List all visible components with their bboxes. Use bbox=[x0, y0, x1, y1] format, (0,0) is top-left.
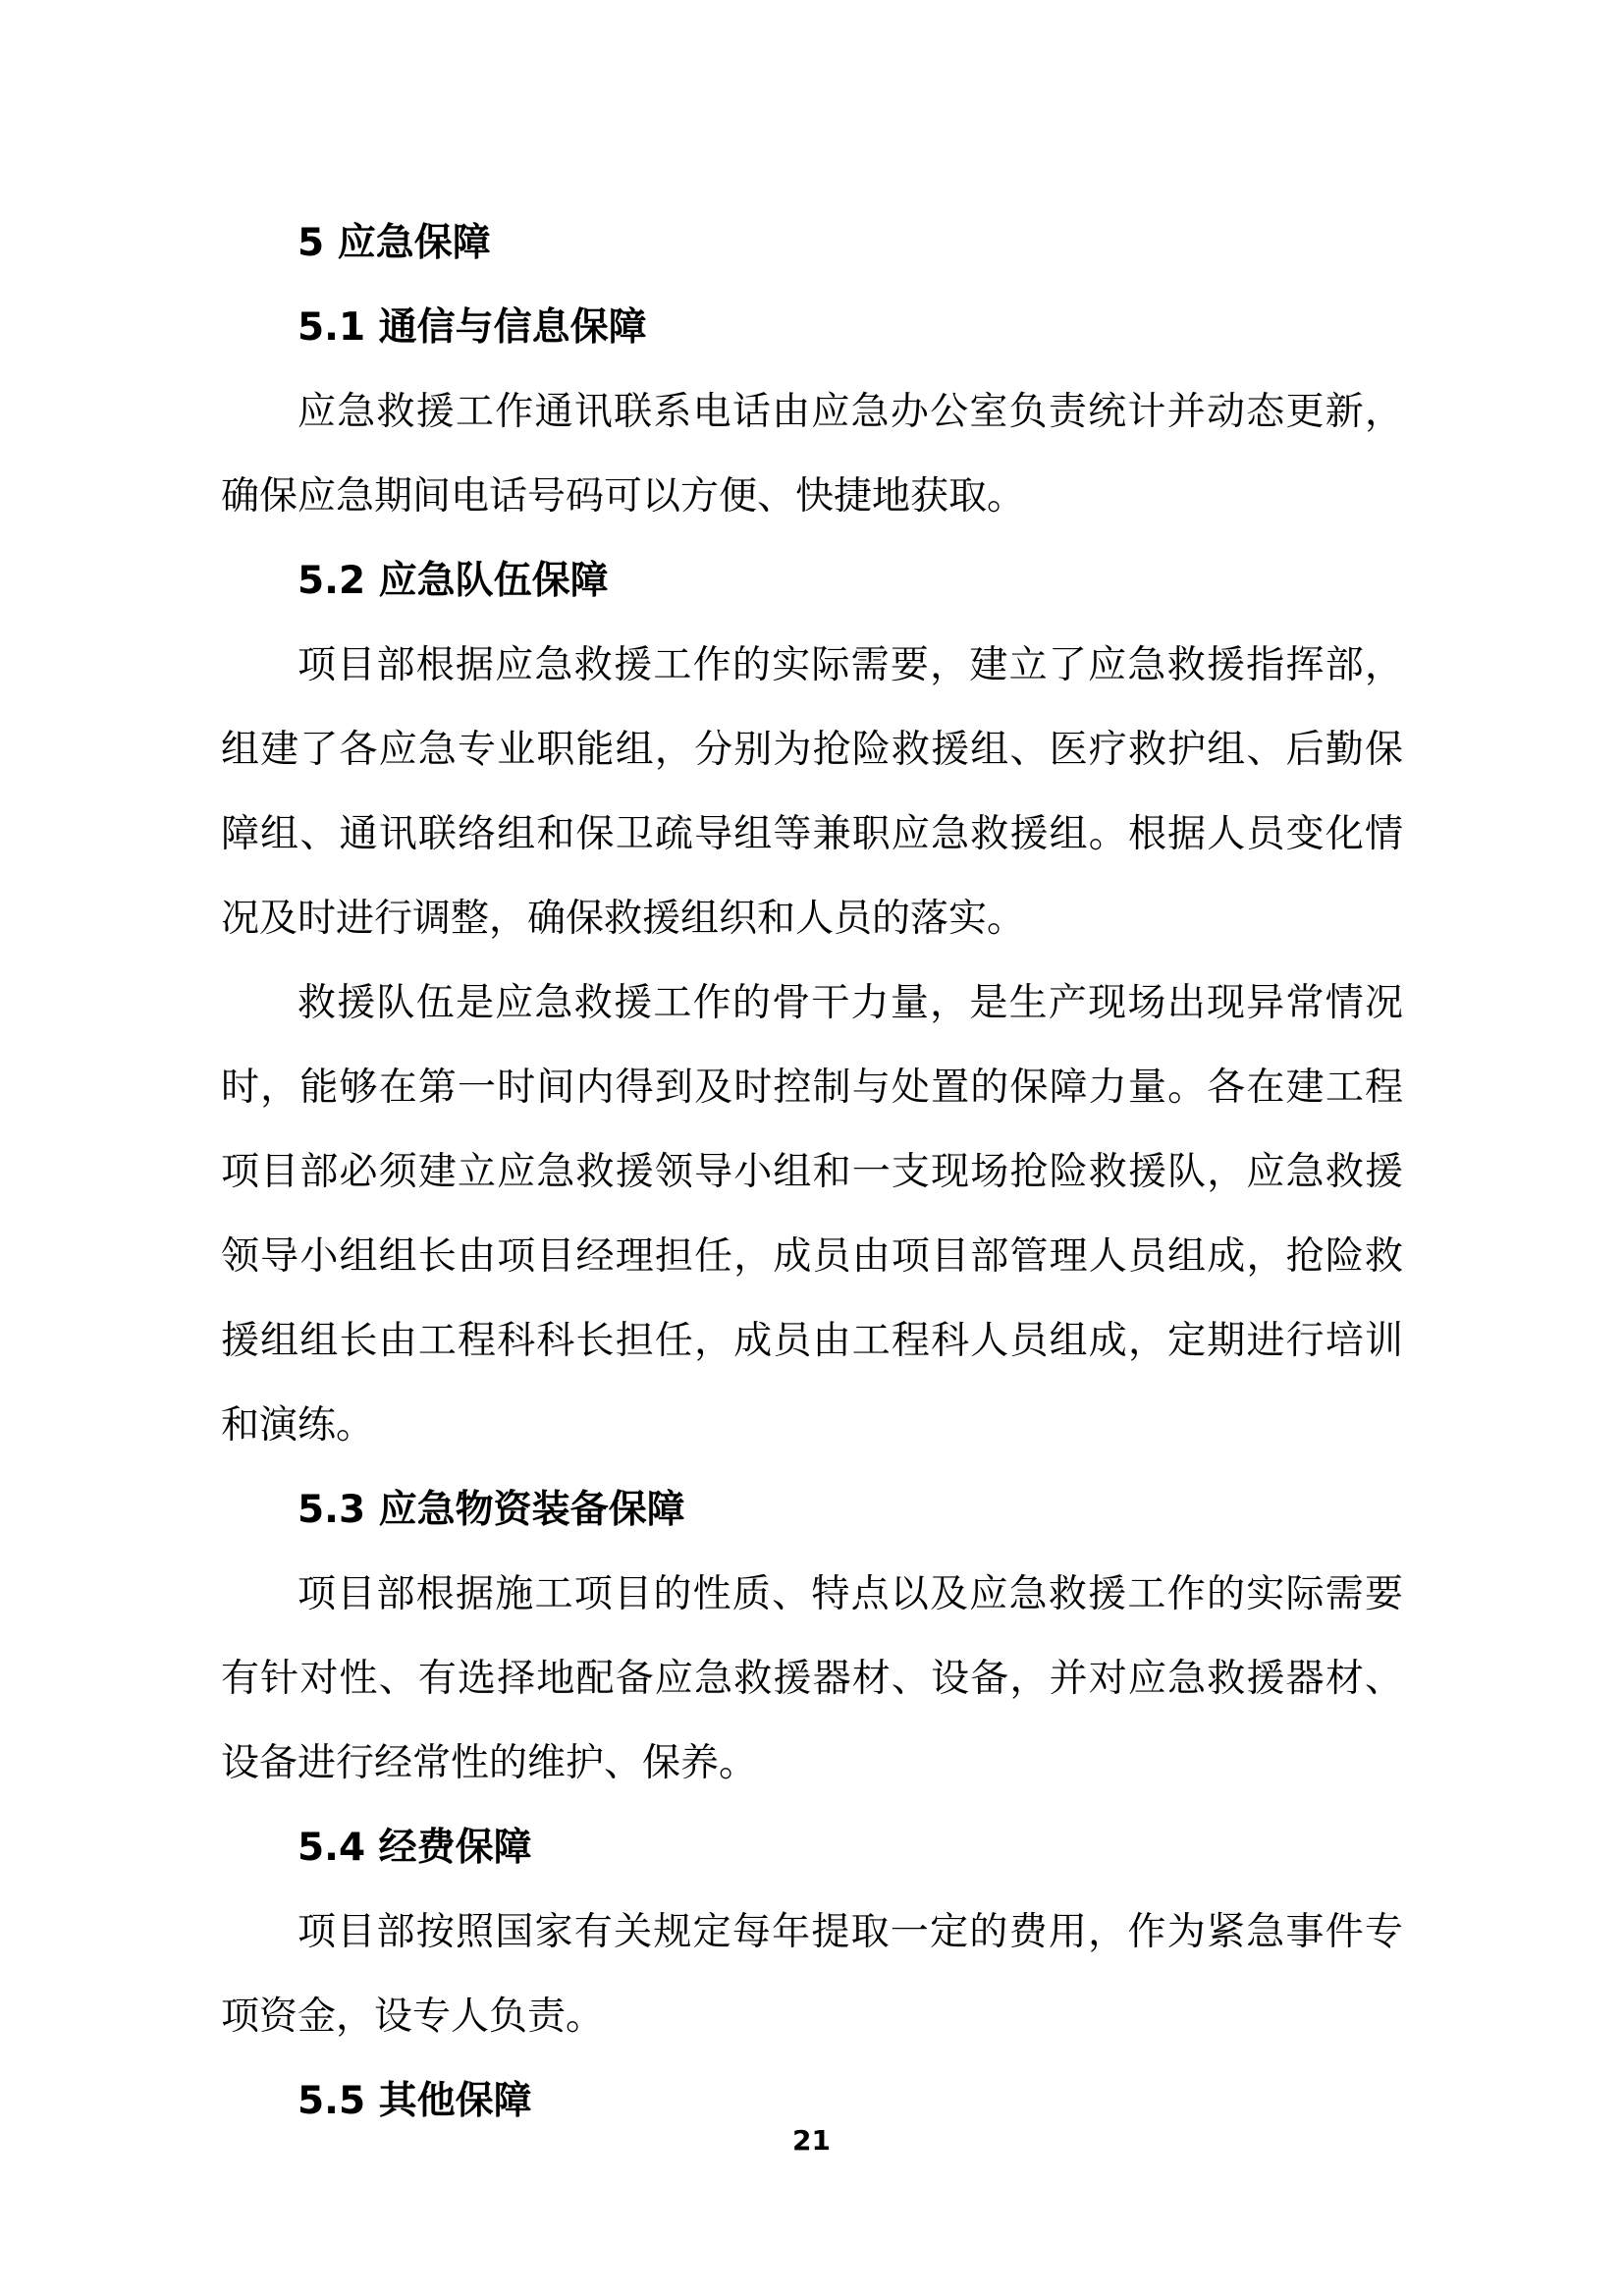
heading-section-5-2: 5.2 应急队伍保障 bbox=[221, 539, 1403, 624]
document-body: 5 应急保障 5.1 通信与信息保障 应急救援工作通讯联系电话由应急办公室负责统… bbox=[221, 201, 1403, 2144]
heading-section-5-1: 5.1 通信与信息保障 bbox=[221, 286, 1403, 370]
document-page: 5 应急保障 5.1 通信与信息保障 应急救援工作通讯联系电话由应急办公室负责统… bbox=[0, 0, 1623, 2296]
paragraph-materials-equipment: 项目部根据施工项目的性质、特点以及应急救援工作的实际需要有针对性、有选择地配备应… bbox=[221, 1553, 1403, 1806]
heading-section-5-3: 5.3 应急物资装备保障 bbox=[221, 1468, 1403, 1553]
paragraph-funding: 项目部按照国家有关规定每年提取一定的费用，作为紧急事件专项资金，设专人负责。 bbox=[221, 1890, 1403, 2059]
paragraph-communication-info: 应急救援工作通讯联系电话由应急办公室负责统计并动态更新，确保应急期间电话号码可以… bbox=[221, 370, 1403, 539]
heading-section-5-4: 5.4 经费保障 bbox=[221, 1806, 1403, 1890]
paragraph-team-setup: 项目部根据应急救援工作的实际需要，建立了应急救援指挥部，组建了各应急专业职能组，… bbox=[221, 624, 1403, 961]
paragraph-rescue-team: 救援队伍是应急救援工作的骨干力量，是生产现场出现异常情况时，能够在第一时间内得到… bbox=[221, 961, 1403, 1468]
heading-section-5: 5 应急保障 bbox=[221, 201, 1403, 286]
page-number: 21 bbox=[0, 2124, 1623, 2158]
